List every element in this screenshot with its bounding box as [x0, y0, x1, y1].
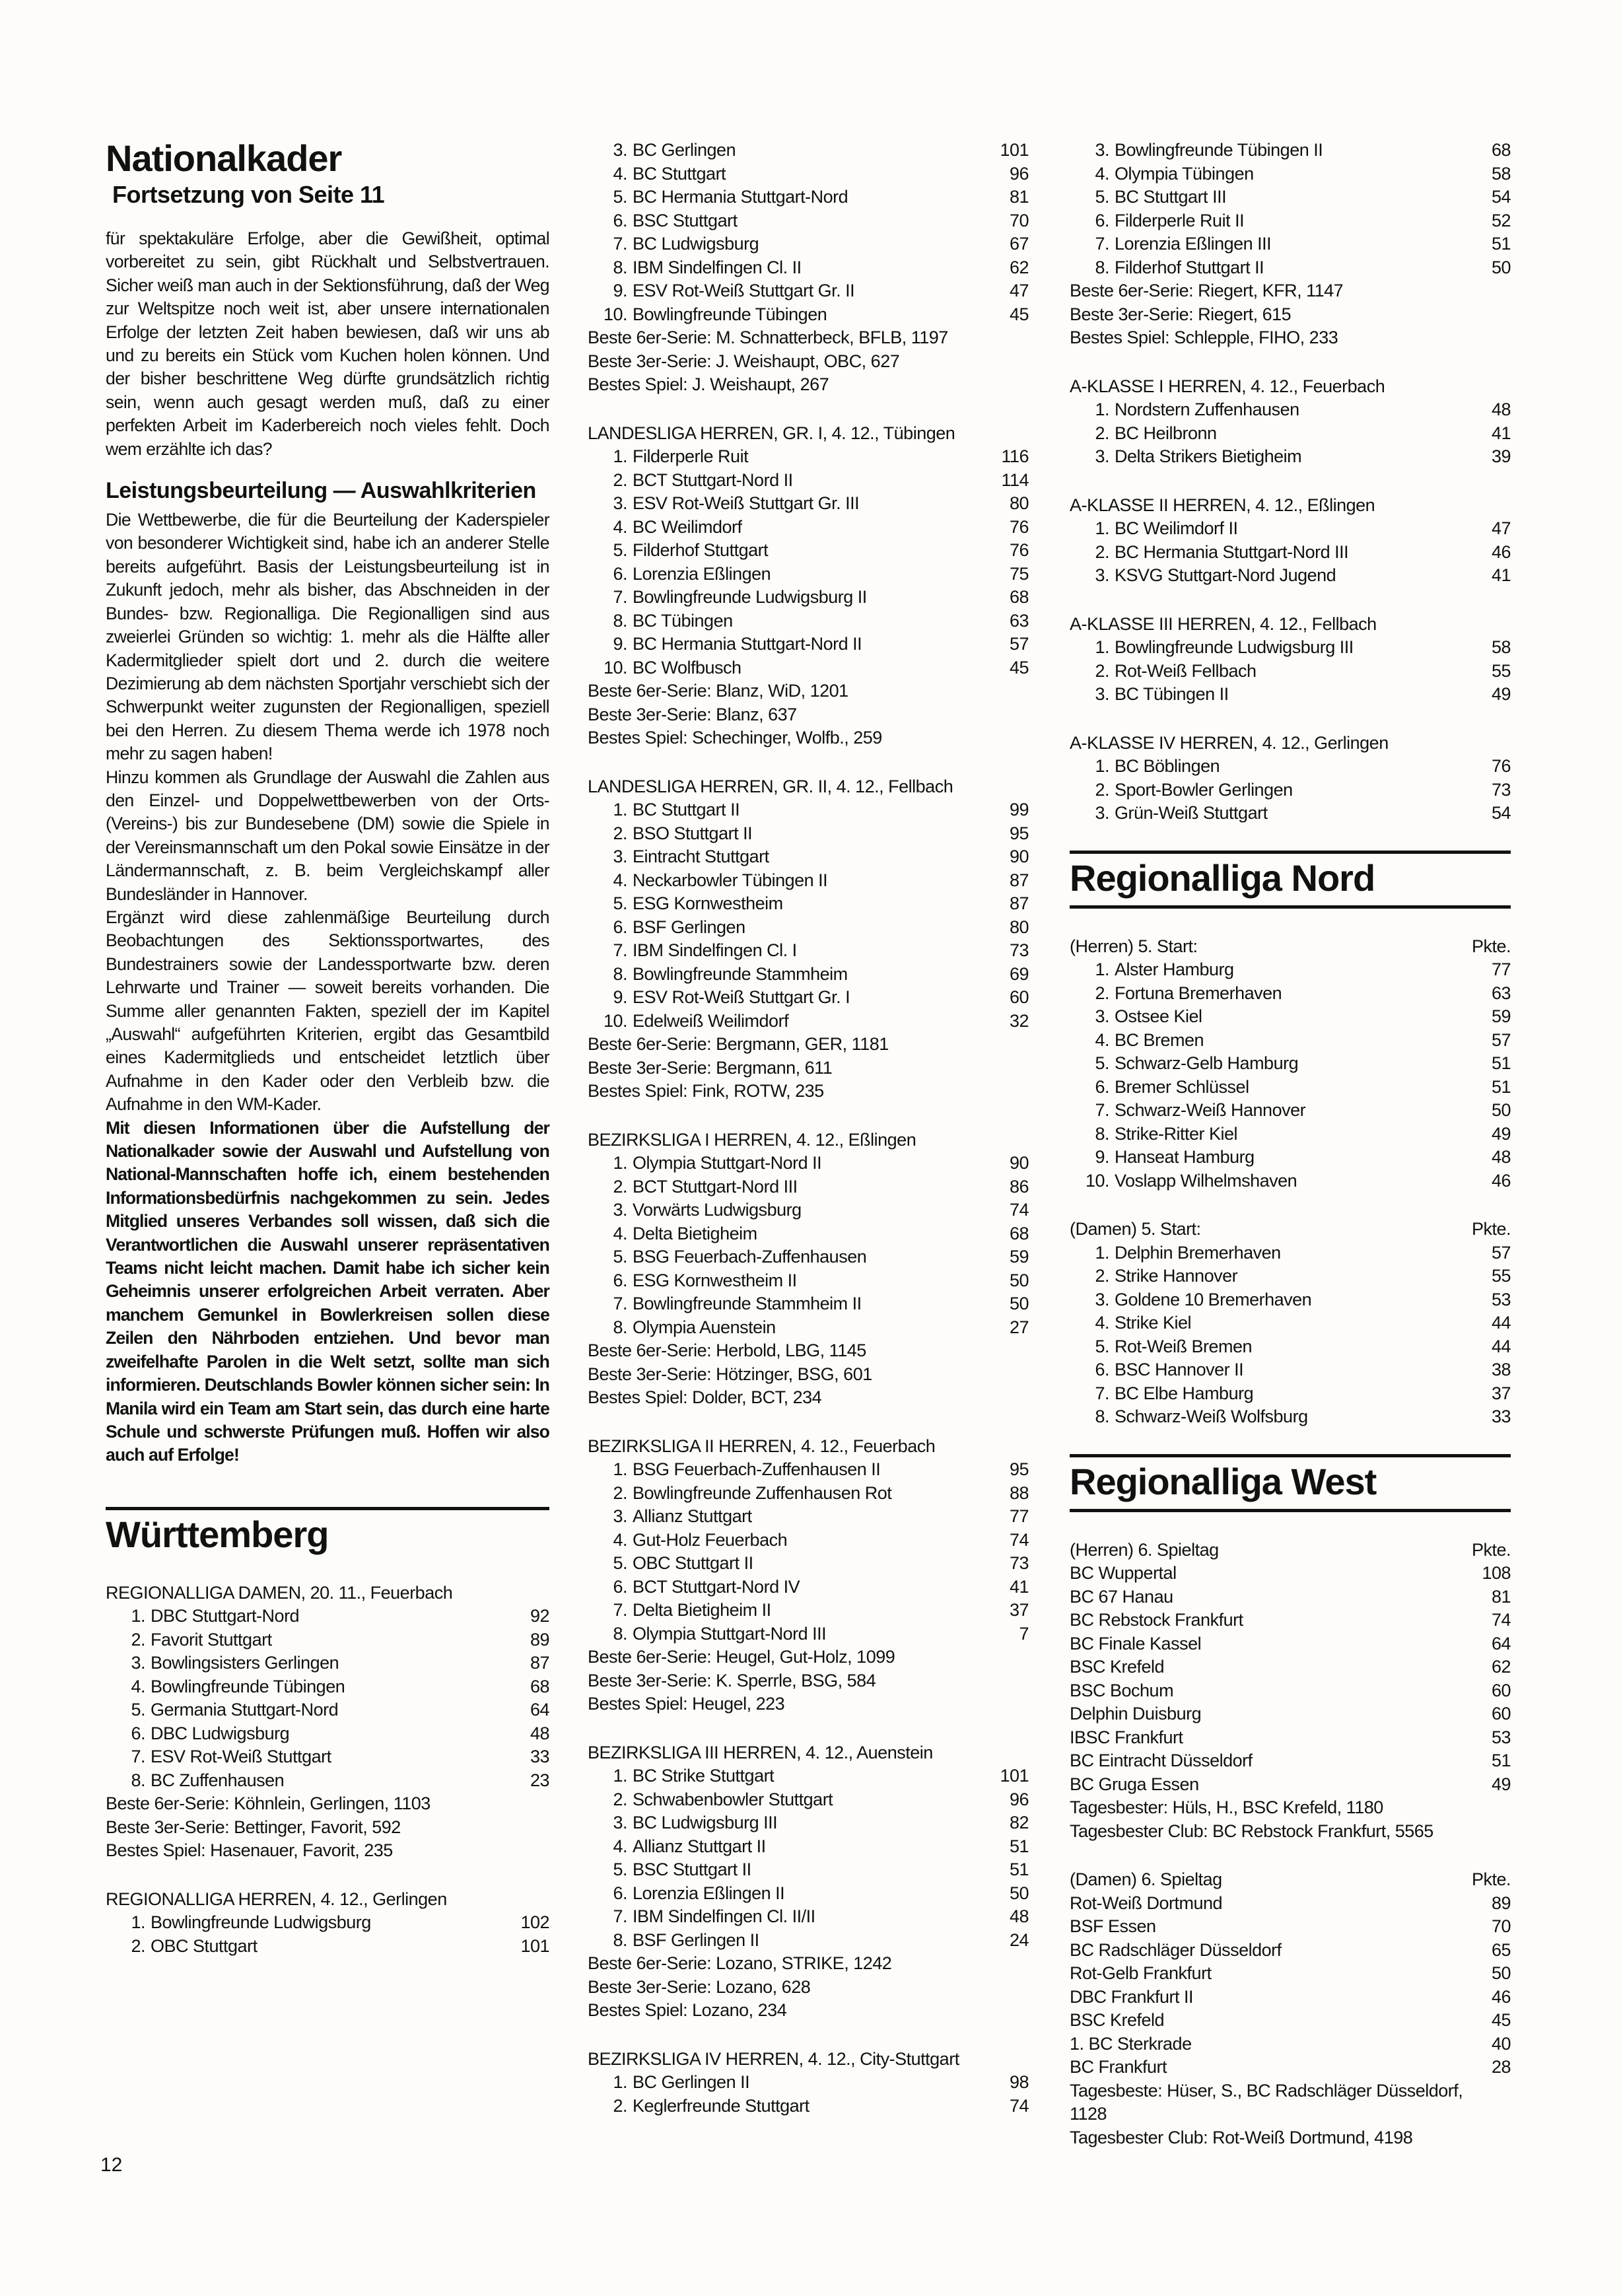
points-cell: 51	[1492, 1052, 1511, 1076]
league-table-nord-damen: (Damen) 5. Start:Pkte.1.Delphin Bremerha…	[1070, 1218, 1511, 1429]
table-row: BC Rebstock Frankfurt74	[1070, 1609, 1511, 1632]
article-paragraph-bold: Mit diesen Informationen über die Aufste…	[106, 1117, 549, 1467]
team-cell: BC 67 Hanau	[1070, 1585, 1173, 1609]
league-table-west-herren: (Herren) 6. SpieltagPkte.BC Wuppertal108…	[1070, 1539, 1511, 1844]
table-row: 8.BC Zuffenhausen23	[106, 1769, 549, 1793]
team-cell: 7.Lorenzia Eßlingen III	[1070, 232, 1271, 256]
table-row: 6.DBC Ludwigsburg48	[106, 1722, 549, 1746]
table-row: 6.BSC Hannover II38	[1070, 1358, 1511, 1382]
team-name: Filderhof Stuttgart	[633, 540, 768, 560]
rank-cell: 4.	[588, 1529, 627, 1552]
team-cell: Rot-Gelb Frankfurt	[1070, 1962, 1212, 1986]
team-name: BC Tübingen	[633, 611, 733, 631]
team-name: Bowlingfreunde Stammheim	[633, 964, 848, 984]
points-cell: 48	[1492, 398, 1511, 422]
league-title: A-KLASSE II HERREN, 4. 12., Eßlingen	[1070, 494, 1511, 518]
rank-cell: 4.	[1070, 1311, 1109, 1335]
table-row: 7.BC Ludwigsburg67	[588, 232, 1029, 256]
rank-cell: 10.	[588, 1010, 627, 1033]
points-cell: 41	[1492, 564, 1511, 588]
table-row: 1.Olympia Stuttgart-Nord II90	[588, 1152, 1029, 1175]
team-cell: 3.KSVG Stuttgart-Nord Jugend	[1070, 564, 1336, 588]
rank-cell: 7.	[588, 1599, 627, 1622]
points-cell: 33	[1492, 1405, 1511, 1429]
points-cell: 73	[1010, 1552, 1029, 1576]
table-row: Delphin Duisburg60	[1070, 1702, 1511, 1726]
team-cell: 2.Favorit Stuttgart	[106, 1628, 272, 1652]
points-cell: 53	[1492, 1726, 1511, 1750]
team-cell: 7.BC Ludwigsburg	[588, 232, 759, 256]
rank-cell: 8.	[1070, 1123, 1109, 1146]
team-cell: 1.BC Weilimdorf II	[1070, 517, 1238, 541]
table-row: 5.BC Stuttgart III54	[1070, 186, 1511, 209]
points-cell: 57	[1492, 1029, 1511, 1053]
column-1: Nationalkader Fortsetzung von Seite 11 f…	[106, 139, 549, 1958]
team-cell: 2.Sport-Bowler Gerlingen	[1070, 779, 1293, 802]
team-cell: 2.Schwabenbowler Stuttgart	[588, 1788, 833, 1812]
rank-cell: 7.	[106, 1745, 145, 1769]
points-cell: 49	[1492, 1123, 1511, 1146]
team-cell: 1. BC Sterkrade	[1070, 2033, 1192, 2056]
team-cell: 7.ESV Rot-Weiß Stuttgart	[106, 1745, 331, 1769]
team-name: Filderhof Stuttgart II	[1115, 258, 1264, 277]
points-cell: 70	[1010, 209, 1029, 233]
team-name: IBM Sindelfingen Cl. II	[633, 258, 802, 277]
team-cell: 3.Grün-Weiß Stuttgart	[1070, 802, 1268, 825]
table-row: 8.Strike-Ritter Kiel49	[1070, 1123, 1511, 1146]
team-cell: 5.OBC Stuttgart II	[588, 1552, 753, 1576]
table-row: 2.Bowlingfreunde Zuffenhausen Rot88	[588, 1482, 1029, 1506]
table-row: 4.Allianz Stuttgart II51	[588, 1835, 1029, 1859]
team-name: DBC Ludwigsburg	[151, 1723, 289, 1743]
team-name: Delphin Bremerhaven	[1115, 1243, 1281, 1263]
points-cell: 74	[1010, 1529, 1029, 1552]
points-cell: 41	[1492, 422, 1511, 446]
points-cell: 76	[1492, 755, 1511, 779]
team-cell: 2.Fortuna Bremerhaven	[1070, 982, 1282, 1006]
league-title: A-KLASSE III HERREN, 4. 12., Fellbach	[1070, 613, 1511, 637]
table-row: 1.BC Strike Stuttgart101	[588, 1764, 1029, 1788]
team-name: Ostsee Kiel	[1115, 1006, 1202, 1026]
team-cell: 8.Filderhof Stuttgart II	[1070, 256, 1264, 280]
table-label: (Damen) 5. Start:	[1070, 1218, 1201, 1241]
article-paragraph: Die Wettbewerbe, die für die Beurteilung…	[106, 508, 549, 765]
team-name: BC Gruga Essen	[1070, 1774, 1199, 1794]
table-row: 1.BC Gerlingen II98	[588, 2071, 1029, 2095]
team-name: Hanseat Hamburg	[1115, 1147, 1255, 1167]
rank-cell: 5.	[588, 539, 627, 563]
table-row: 7.IBM Sindelfingen Cl. II/II48	[588, 1905, 1029, 1929]
league-table-west-damen: (Damen) 6. SpieltagPkte.Rot-Weiß Dortmun…	[1070, 1868, 1511, 2149]
table-row: 6.BCT Stuttgart-Nord IV41	[588, 1576, 1029, 1599]
table-row: BSF Essen70	[1070, 1915, 1511, 1939]
team-cell: DBC Frankfurt II	[1070, 1986, 1193, 2009]
points-cell: 28	[1492, 2056, 1511, 2079]
rank-cell: 3.	[1070, 564, 1109, 588]
team-name: Rot-Weiß Dortmund	[1070, 1893, 1222, 1913]
team-name: Keglerfreunde Stuttgart	[633, 2096, 810, 2116]
table-row: 6.BSC Stuttgart70	[588, 209, 1029, 233]
rank-cell: 6.	[588, 209, 627, 233]
league-stat: Beste 6er-Serie: M. Schnatterbeck, BFLB,…	[588, 326, 1029, 350]
rank-cell: 8.	[588, 963, 627, 987]
team-name: BC Gerlingen	[633, 140, 736, 160]
table-row: 8.Filderhof Stuttgart II50	[1070, 256, 1511, 280]
points-cell: 63	[1492, 982, 1511, 1006]
table-row: 7.ESV Rot-Weiß Stuttgart33	[106, 1745, 549, 1769]
team-cell: 3.Eintracht Stuttgart	[588, 845, 769, 869]
team-name: BC Bremen	[1115, 1030, 1204, 1050]
rank-cell: 3.	[588, 1505, 627, 1529]
league-stat: Beste 6er-Serie: Herbold, LBG, 1145	[588, 1339, 1029, 1363]
table-row: 10.BC Wolfbusch45	[588, 656, 1029, 680]
league-stat: Beste 3er-Serie: Bergmann, 611	[588, 1057, 1029, 1080]
team-cell: 9.Hanseat Hamburg	[1070, 1146, 1255, 1169]
team-cell: 6.Lorenzia Eßlingen II	[588, 1882, 784, 1906]
team-name: BC Radschläger Düsseldorf	[1070, 1940, 1282, 1960]
rank-cell: 1.	[106, 1911, 145, 1935]
team-name: Rot-Weiß Bremen	[1115, 1337, 1252, 1356]
team-cell: 2.BC Hermania Stuttgart-Nord III	[1070, 541, 1348, 565]
rank-cell: 3.	[1070, 683, 1109, 707]
points-cell: 108	[1482, 1562, 1511, 1585]
table-row: 10.Bowlingfreunde Tübingen45	[588, 303, 1029, 327]
league-title: BEZIRKSLIGA III HERREN, 4. 12., Auenstei…	[588, 1741, 1029, 1765]
team-cell: IBSC Frankfurt	[1070, 1726, 1183, 1750]
table-row: 3.KSVG Stuttgart-Nord Jugend41	[1070, 564, 1511, 588]
team-name: BC Stuttgart III	[1115, 187, 1226, 207]
league-stat: Bestes Spiel: J. Weishaupt, 267	[588, 373, 1029, 397]
team-cell: 5.BSG Feuerbach-Zuffenhausen	[588, 1245, 866, 1269]
points-cell: 48	[530, 1722, 549, 1746]
team-name: Voslapp Wilhelmshaven	[1115, 1171, 1297, 1191]
rank-cell: 6.	[1070, 1358, 1109, 1382]
team-cell: 3.Ostsee Kiel	[1070, 1005, 1202, 1029]
table-row: 2.Fortuna Bremerhaven63	[1070, 982, 1511, 1006]
points-cell: 50	[1492, 1099, 1511, 1123]
points-cell: 37	[1010, 1599, 1029, 1622]
team-cell: 2.BCT Stuttgart-Nord II	[588, 469, 793, 493]
rank-cell: 3.	[1070, 445, 1109, 469]
team-cell: 1.DBC Stuttgart-Nord	[106, 1605, 299, 1628]
rank-cell: 8.	[1070, 1405, 1109, 1429]
team-name: BSC Krefeld	[1070, 2010, 1164, 2030]
rank-cell: 3.	[588, 1199, 627, 1222]
team-name: ESV Rot-Weiß Stuttgart Gr. I	[633, 987, 850, 1007]
league-table: REGIONALLIGA DAMEN, 20. 11., Feuerbach1.…	[106, 1582, 549, 1863]
points-cell: 46	[1492, 1169, 1511, 1193]
rank-cell: 9.	[588, 633, 627, 656]
team-cell: 1.BC Stuttgart II	[588, 798, 740, 822]
points-cell: 68	[1010, 1222, 1029, 1246]
team-cell: 3.Goldene 10 Bremerhaven	[1070, 1288, 1311, 1312]
rank-cell: 1.	[588, 798, 627, 822]
points-cell: 51	[1010, 1858, 1029, 1882]
team-name: BCT Stuttgart-Nord III	[633, 1177, 798, 1197]
points-cell: 44	[1492, 1311, 1511, 1335]
points-cell: 73	[1492, 779, 1511, 802]
team-cell: 3.ESV Rot-Weiß Stuttgart Gr. III	[588, 492, 859, 516]
points-cell: 102	[520, 1911, 549, 1935]
team-cell: 5.Schwarz-Gelb Hamburg	[1070, 1052, 1298, 1076]
rank-cell: 1.	[1070, 755, 1109, 779]
team-cell: 7.Delta Bietigheim II	[588, 1599, 771, 1622]
points-cell: 52	[1492, 209, 1511, 233]
table-row: 8.BC Tübingen63	[588, 609, 1029, 633]
points-cell: 80	[1010, 492, 1029, 516]
team-cell: 8.Strike-Ritter Kiel	[1070, 1123, 1237, 1146]
table-row: BSC Bochum60	[1070, 1679, 1511, 1703]
team-name: BSC Stuttgart	[633, 211, 738, 230]
team-name: 1. BC Sterkrade	[1070, 2034, 1192, 2054]
league-stat: Beste 6er-Serie: Bergmann, GER, 1181	[588, 1033, 1029, 1057]
points-cell: 98	[1010, 2071, 1029, 2095]
rank-cell: 6.	[588, 916, 627, 940]
team-name: BC Frankfurt	[1070, 2057, 1167, 2077]
table-row: BC Finale Kassel64	[1070, 1632, 1511, 1656]
league-stat: Beste 6er-Serie: Blanz, WiD, 1201	[588, 679, 1029, 703]
rank-cell: 9.	[588, 986, 627, 1010]
team-name: Rot-Weiß Fellbach	[1115, 661, 1257, 681]
table-row: 2.OBC Stuttgart101	[106, 1935, 549, 1959]
league-stat: Bestes Spiel: Lozano, 234	[588, 1999, 1029, 2023]
table-row: 1.Alster Hamburg77	[1070, 958, 1511, 982]
rank-cell: 10.	[1070, 1169, 1109, 1193]
table-row: 10.Edelweiß Weilimdorf32	[588, 1010, 1029, 1033]
table-row: 4.BC Stuttgart96	[588, 162, 1029, 186]
team-name: Olympia Auenstein	[633, 1317, 776, 1337]
table-header: (Herren) 6. SpieltagPkte.	[1070, 1539, 1511, 1562]
table-row: 3.BC Ludwigsburg III82	[588, 1811, 1029, 1835]
points-cell: 59	[1010, 1245, 1029, 1269]
team-name: OBC Stuttgart	[151, 1936, 258, 1956]
team-cell: 10.Edelweiß Weilimdorf	[588, 1010, 788, 1033]
table-row: 5.ESG Kornwestheim87	[588, 892, 1029, 916]
table-row: BC 67 Hanau81	[1070, 1585, 1511, 1609]
team-name: ESG Kornwestheim II	[633, 1270, 797, 1290]
points-cell: 44	[1492, 1335, 1511, 1359]
points-cell: 50	[1492, 1962, 1511, 1986]
team-name: Delta Strikers Bietigheim	[1115, 446, 1301, 466]
rank-cell: 5.	[588, 1245, 627, 1269]
rank-cell: 2.	[588, 1788, 627, 1812]
table-row: 5.Filderhof Stuttgart76	[588, 539, 1029, 563]
league-table: BEZIRKSLIGA II HERREN, 4. 12., Feuerbach…	[588, 1435, 1029, 1716]
points-cell: 39	[1492, 445, 1511, 469]
points-cell: 7	[1019, 1622, 1029, 1646]
points-cell: 96	[1010, 1788, 1029, 1812]
points-header: Pkte.	[1472, 1539, 1511, 1562]
rank-cell: 3.	[588, 139, 627, 162]
team-cell: BC Radschläger Düsseldorf	[1070, 1939, 1282, 1963]
team-cell: 4.Allianz Stuttgart II	[588, 1835, 766, 1859]
team-cell: 3.Bowlingfreunde Tübingen II	[1070, 139, 1323, 162]
points-cell: 45	[1492, 2009, 1511, 2033]
team-name: KSVG Stuttgart-Nord Jugend	[1115, 565, 1336, 585]
points-cell: 24	[1010, 1929, 1029, 1953]
points-cell: 37	[1492, 1382, 1511, 1406]
team-cell: 10.Voslapp Wilhelmshaven	[1070, 1169, 1297, 1193]
team-cell: 8.Bowlingfreunde Stammheim	[588, 963, 848, 987]
points-cell: 47	[1492, 517, 1511, 541]
team-name: Edelweiß Weilimdorf	[633, 1011, 788, 1031]
rank-cell: 5.	[106, 1698, 145, 1722]
team-cell: 3.Delta Strikers Bietigheim	[1070, 445, 1301, 469]
team-cell: 1.Nordstern Zuffenhausen	[1070, 398, 1299, 422]
rank-cell: 5.	[588, 892, 627, 916]
table-label: (Herren) 5. Start:	[1070, 935, 1198, 959]
rank-cell: 7.	[588, 1292, 627, 1316]
league-stat: Tagesbester Club: Rot-Weiß Dortmund, 419…	[1070, 2126, 1511, 2150]
league-title: REGIONALLIGA DAMEN, 20. 11., Feuerbach	[106, 1582, 549, 1605]
team-name: BSF Essen	[1070, 1916, 1156, 1936]
table-row: 8.Schwarz-Weiß Wolfsburg33	[1070, 1405, 1511, 1429]
table-row: BC Radschläger Düsseldorf65	[1070, 1939, 1511, 1963]
rank-cell: 7.	[588, 939, 627, 963]
team-name: Gut-Holz Feuerbach	[633, 1530, 787, 1550]
table-row: 4.BC Weilimdorf76	[588, 516, 1029, 539]
points-cell: 76	[1010, 516, 1029, 539]
league-table: 3.BC Gerlingen1014.BC Stuttgart965.BC He…	[588, 139, 1029, 397]
team-name: Bowlingfreunde Ludwigsburg	[151, 1912, 371, 1932]
team-cell: BSC Krefeld	[1070, 2009, 1164, 2033]
points-cell: 62	[1010, 256, 1029, 280]
table-row: 10.Voslapp Wilhelmshaven46	[1070, 1169, 1511, 1193]
points-cell: 81	[1492, 1585, 1511, 1609]
table-row: 5.BSG Feuerbach-Zuffenhausen59	[588, 1245, 1029, 1269]
table-row: 5.BSC Stuttgart II51	[588, 1858, 1029, 1882]
points-cell: 80	[1010, 916, 1029, 940]
points-cell: 32	[1010, 1010, 1029, 1033]
team-cell: 2.BSO Stuttgart II	[588, 822, 752, 846]
points-cell: 95	[1010, 822, 1029, 846]
points-cell: 47	[1010, 279, 1029, 303]
league-table: A-KLASSE II HERREN, 4. 12., Eßlingen1.BC…	[1070, 494, 1511, 588]
team-cell: 3.Vorwärts Ludwigsburg	[588, 1199, 802, 1222]
team-cell: 9.ESV Rot-Weiß Stuttgart Gr. I	[588, 986, 850, 1010]
team-cell: 7.IBM Sindelfingen Cl. I	[588, 939, 797, 963]
points-cell: 55	[1492, 660, 1511, 683]
team-cell: 1.Alster Hamburg	[1070, 958, 1234, 982]
table-row: 5.OBC Stuttgart II73	[588, 1552, 1029, 1576]
team-name: Delta Bietigheim	[633, 1224, 757, 1243]
team-cell: 5.BC Hermania Stuttgart-Nord	[588, 186, 848, 209]
table-row: 4.Neckarbowler Tübingen II87	[588, 869, 1029, 893]
points-cell: 57	[1492, 1241, 1511, 1265]
points-cell: 50	[1010, 1882, 1029, 1906]
team-name: BC Hermania Stuttgart-Nord II	[633, 634, 862, 654]
table-row: BSC Krefeld45	[1070, 2009, 1511, 2033]
team-cell: 6.BSC Stuttgart	[588, 209, 738, 233]
team-name: Bowlingfreunde Ludwigsburg III	[1115, 637, 1354, 657]
points-cell: 76	[1010, 539, 1029, 563]
team-name: Sport-Bowler Gerlingen	[1115, 780, 1293, 800]
team-cell: 1.Bowlingfreunde Ludwigsburg	[106, 1911, 371, 1935]
team-name: BC Wolfbusch	[633, 658, 742, 678]
team-cell: 1.Delphin Bremerhaven	[1070, 1241, 1281, 1265]
league-title: A-KLASSE IV HERREN, 4. 12., Gerlingen	[1070, 732, 1511, 755]
column-2: 3.BC Gerlingen1014.BC Stuttgart965.BC He…	[588, 139, 1029, 2118]
article-subtitle: Fortsetzung von Seite 11	[112, 181, 549, 209]
points-cell: 51	[1492, 232, 1511, 256]
rank-cell: 6.	[1070, 209, 1109, 233]
points-header: Pkte.	[1472, 1218, 1511, 1241]
league-stat: Bestes Spiel: Schechinger, Wolfb., 259	[588, 726, 1029, 750]
table-row: 6.Bremer Schlüssel51	[1070, 1076, 1511, 1099]
rank-cell: 3.	[1070, 802, 1109, 825]
team-name: Allianz Stuttgart II	[633, 1836, 766, 1856]
rank-cell: 7.	[1070, 232, 1109, 256]
team-name: BC Elbe Hamburg	[1115, 1383, 1253, 1403]
points-cell: 63	[1010, 609, 1029, 633]
team-cell: 1.Filderperle Ruit	[588, 445, 748, 469]
team-cell: 3.BC Gerlingen	[588, 139, 736, 162]
table-row: 3.Bowlingfreunde Tübingen II68	[1070, 139, 1511, 162]
points-cell: 38	[1492, 1358, 1511, 1382]
points-cell: 48	[1492, 1146, 1511, 1169]
table-row: 2.Favorit Stuttgart89	[106, 1628, 549, 1652]
team-name: BSC Krefeld	[1070, 1657, 1164, 1677]
team-name: Olympia Tübingen	[1115, 164, 1254, 184]
points-cell: 50	[1010, 1292, 1029, 1316]
points-cell: 95	[1010, 1458, 1029, 1482]
league-stat: Beste 3er-Serie: Riegert, 615	[1070, 303, 1511, 327]
rank-cell: 1.	[1070, 517, 1109, 541]
team-name: BC Strike Stuttgart	[633, 1766, 774, 1786]
table-row: 6.Lorenzia Eßlingen II50	[588, 1882, 1029, 1906]
team-cell: 4.Strike Kiel	[1070, 1311, 1191, 1335]
team-name: BC Hermania Stuttgart-Nord III	[1115, 542, 1348, 562]
points-cell: 86	[1010, 1175, 1029, 1199]
points-cell: 64	[1492, 1632, 1511, 1656]
points-cell: 73	[1010, 939, 1029, 963]
article-paragraph: Ergänzt wird diese zahlenmäßige Beurteil…	[106, 906, 549, 1117]
league-table: LANDESLIGA HERREN, GR. I, 4. 12., Tübing…	[588, 422, 1029, 750]
team-name: BSG Feuerbach-Zuffenhausen II	[633, 1459, 880, 1479]
points-cell: 82	[1010, 1811, 1029, 1835]
points-cell: 40	[1492, 2033, 1511, 2056]
team-name: Strike Hannover	[1115, 1266, 1237, 1286]
team-name: Bowlingfreunde Tübingen	[151, 1677, 345, 1696]
league-stat: Bestes Spiel: Dolder, BCT, 234	[588, 1386, 1029, 1410]
points-cell: 92	[530, 1605, 549, 1628]
table-row: 1.BC Weilimdorf II47	[1070, 517, 1511, 541]
points-cell: 50	[1010, 1269, 1029, 1293]
rank-cell: 4.	[588, 1835, 627, 1859]
points-cell: 41	[1010, 1576, 1029, 1599]
table-row: 5.Rot-Weiß Bremen44	[1070, 1335, 1511, 1359]
rank-cell: 7.	[588, 1905, 627, 1929]
rank-cell: 1.	[1070, 1241, 1109, 1265]
team-cell: 1.Olympia Stuttgart-Nord II	[588, 1152, 821, 1175]
team-cell: 7.Bowlingfreunde Ludwigsburg II	[588, 586, 867, 609]
points-cell: 57	[1010, 633, 1029, 656]
rank-cell: 2.	[1070, 779, 1109, 802]
team-cell: BSC Bochum	[1070, 1679, 1173, 1703]
table-row: 5.BC Hermania Stuttgart-Nord81	[588, 186, 1029, 209]
team-name: Bowlingfreunde Stammheim II	[633, 1294, 862, 1313]
points-cell: 53	[1492, 1288, 1511, 1312]
league-title: BEZIRKSLIGA II HERREN, 4. 12., Feuerbach	[588, 1435, 1029, 1459]
rank-cell: 2.	[1070, 1265, 1109, 1288]
points-cell: 96	[1010, 162, 1029, 186]
team-cell: 6.BSF Gerlingen	[588, 916, 745, 940]
points-cell: 68	[1492, 139, 1511, 162]
table-row: 3.Bowlingsisters Gerlingen87	[106, 1652, 549, 1675]
points-cell: 51	[1492, 1749, 1511, 1773]
league-stat: Beste 3er-Serie: Lozano, 628	[588, 1976, 1029, 2000]
table-row: 7.Bowlingfreunde Stammheim II50	[588, 1292, 1029, 1316]
